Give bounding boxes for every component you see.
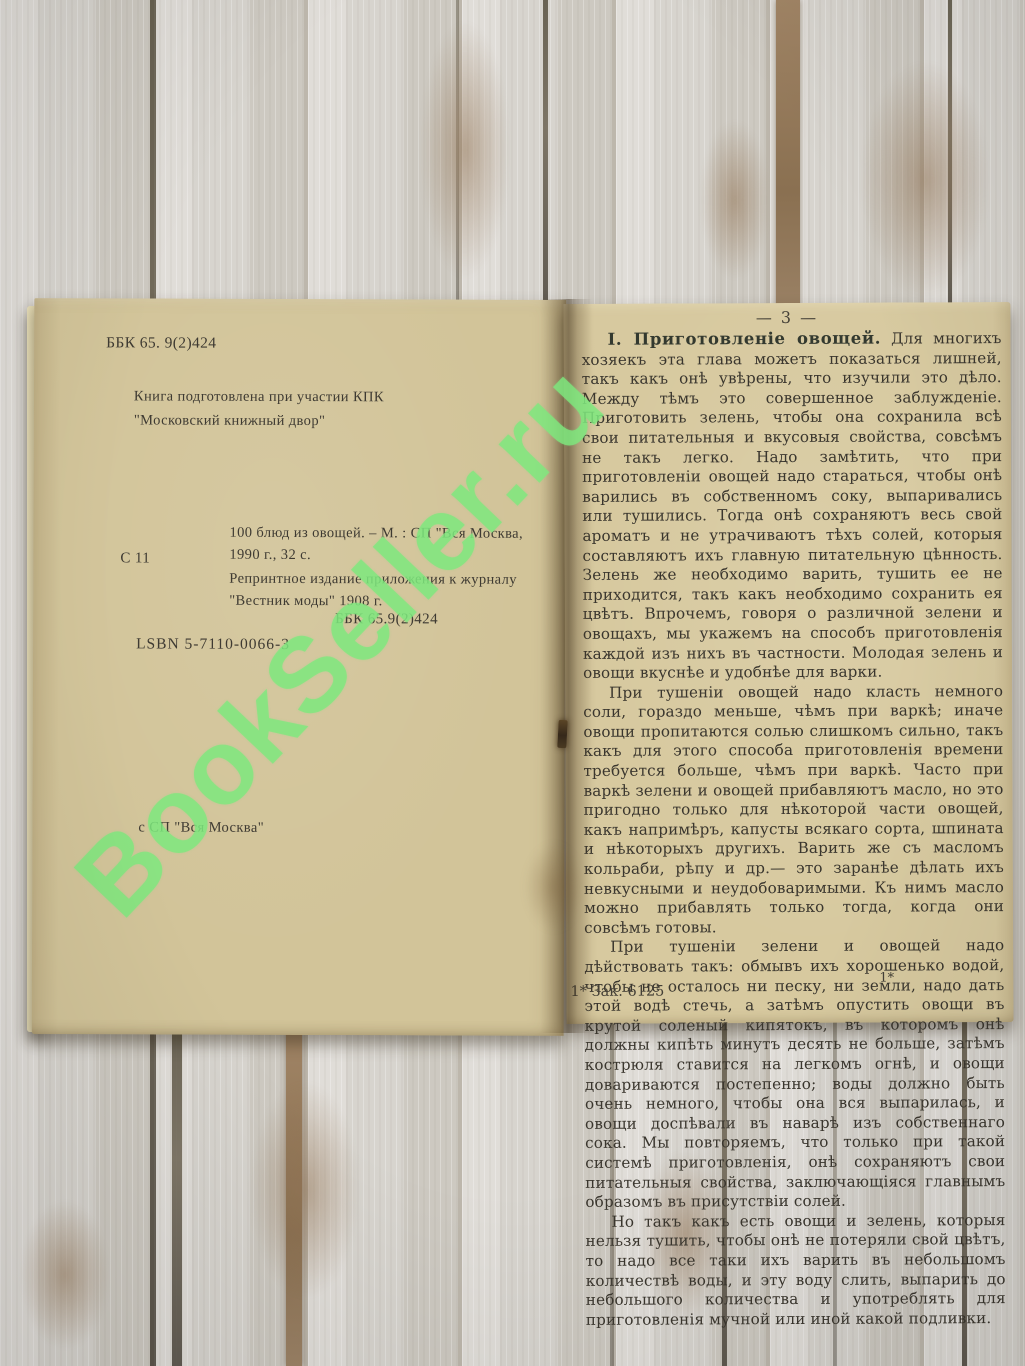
photo-vignette (0, 0, 1025, 1366)
